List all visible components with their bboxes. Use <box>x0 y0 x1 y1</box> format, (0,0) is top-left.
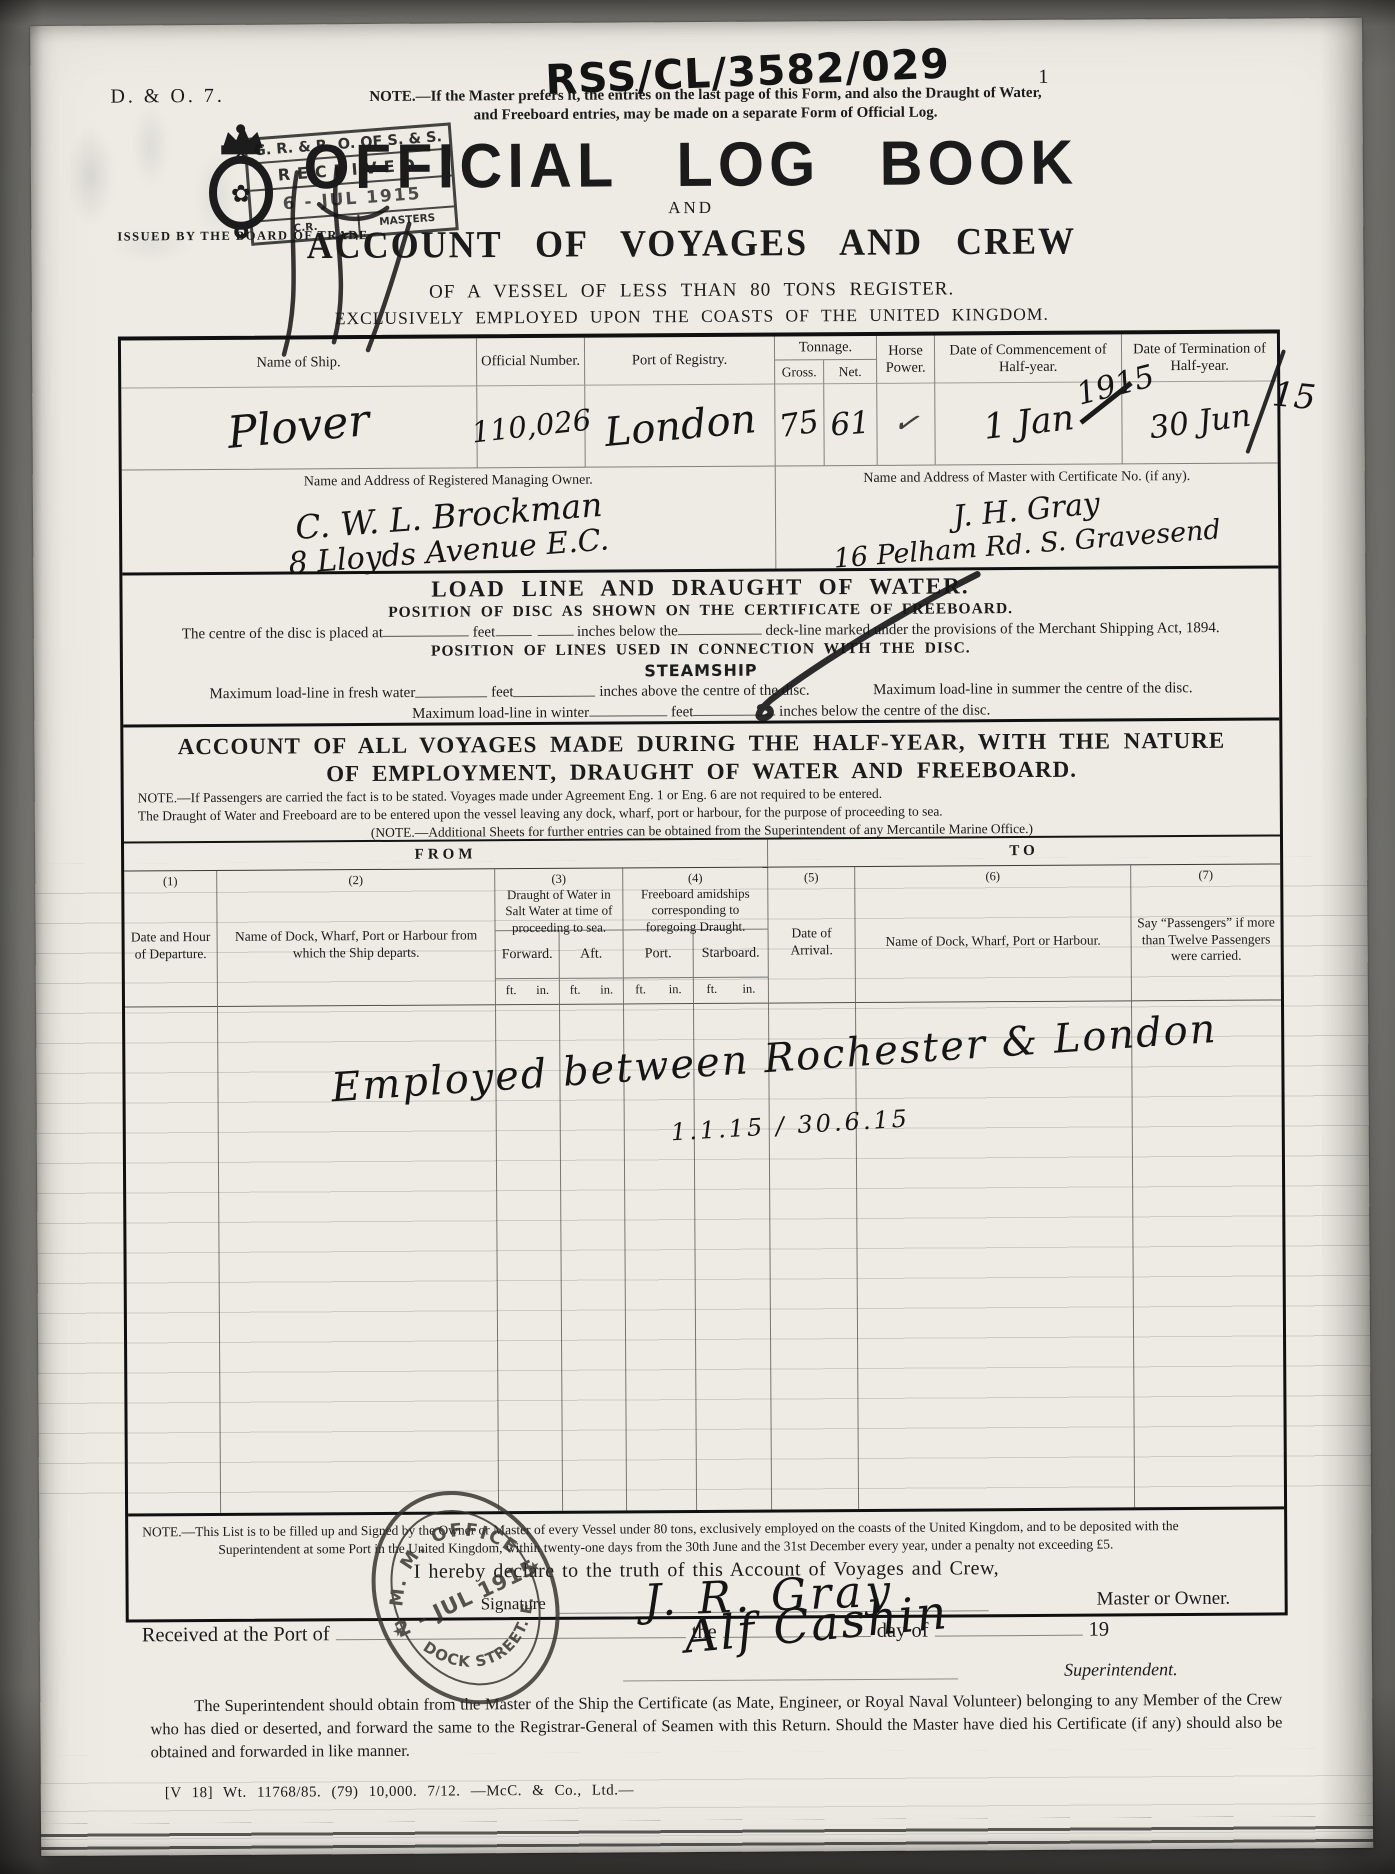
superintendent-label: Superintendent. <box>1064 1659 1178 1681</box>
col-departure-date: (1)Date and Hour of Departure. <box>124 871 218 1008</box>
header-tonnage-gross: Gross. <box>775 360 824 384</box>
value-ship-name: Plover <box>121 386 477 470</box>
printer-imprint: [V 18] Wt. 11768/85. (79) 10,000. 7/12. … <box>165 1782 634 1802</box>
col-freeboard-group: (4)Freeboard amidships corresponding to … <box>623 868 768 931</box>
subcol-aft: Aft. <box>560 930 624 978</box>
col-arrival-place: (6)Name of Dock, Wharf, Port or Harbour. <box>855 865 1132 1003</box>
value-termination-year: 15 <box>1270 375 1317 418</box>
voyages-notes: NOTE.—If Passengers are carried the fact… <box>124 782 1280 841</box>
voyages-table: FROM TO (1)Date and Hour of Departure. (… <box>124 834 1284 1513</box>
col-draught-group: (3)Draught of Water in Salt Water at tim… <box>495 868 623 931</box>
ftin-starboard: ft.in. <box>694 978 769 1004</box>
header-tonnage: Tonnage. <box>775 336 877 361</box>
scanned-log-book-page: RSS/CL/3582/029 1 D. & O. 7. NOTE.—If th… <box>0 0 1395 1874</box>
ftin-forward: ft.in. <box>496 979 560 1005</box>
body-cell <box>1132 1000 1284 1507</box>
form-main-box: Name of Ship. Official Number. Port of R… <box>118 329 1288 1622</box>
value-termination-date: 30 Jun 15 <box>1122 381 1277 464</box>
header-horse-power: Horse Power. <box>877 336 935 384</box>
header-name-of-ship: Name of Ship. <box>121 338 477 388</box>
from-header: FROM <box>124 840 768 872</box>
body-cell <box>125 1007 221 1514</box>
subcol-starboard: Starboard. <box>694 930 769 978</box>
value-horse-power-mark: ✓ <box>877 384 935 466</box>
col-departure-place: (2)Name of Dock, Wharf, Port or Harbour … <box>217 869 496 1007</box>
ship-particulars-table: Name of Ship. Official Number. Port of R… <box>121 333 1278 575</box>
col-arrival-date: (5)Date of Arrival. <box>768 867 856 1004</box>
value-port-of-registry: London <box>585 385 775 468</box>
master-preference-note: NOTE.—If the Master prefers it, the entr… <box>360 84 1050 126</box>
ftin-port: ft.in. <box>624 978 694 1004</box>
master-or-owner-label: Master or Owner. <box>1097 1588 1231 1611</box>
load-line-section: LOAD LINE AND DRAUGHT OF WATER. POSITION… <box>122 568 1279 727</box>
declaration-note: NOTE.—This List is to be filled up and S… <box>142 1517 1242 1559</box>
ftin-aft: ft.in. <box>560 978 624 1004</box>
value-official-number: 110,026 <box>477 386 585 469</box>
to-header: TO <box>768 836 1280 867</box>
form-code: D. & O. 7. <box>110 85 225 109</box>
value-net-tonnage: 61 <box>824 384 877 466</box>
title-vessel-line: OF A VESSEL OF LESS THAN 80 TONS REGISTE… <box>282 278 1102 305</box>
title-sub: ACCOUNT OF VOYAGES AND CREW <box>231 218 1151 268</box>
title-main: OFFICIAL LOG BOOK <box>264 126 1117 204</box>
title-conjunction: AND <box>281 196 1101 221</box>
summer-line: Maximum load-line in summer the centre o… <box>873 680 1193 698</box>
header-official-number: Official Number. <box>477 338 585 387</box>
header-managing-owner: Name and Address of Registered Managing … <box>122 467 776 497</box>
value-master-name-address: J. H. Gray 16 Pelham Rd. S. Gravesend <box>776 489 1278 568</box>
subcol-forward: Forward. <box>496 931 560 979</box>
subcol-port: Port. <box>624 930 694 978</box>
header-port-of-registry: Port of Registry. <box>585 337 775 386</box>
voyages-heading: ACCOUNT OF ALL VOYAGES MADE DURING THE H… <box>123 720 1279 789</box>
paper-sheet: RSS/CL/3582/029 1 D. & O. 7. NOTE.—If th… <box>30 18 1373 1856</box>
value-gross-tonnage: 75 <box>775 384 825 466</box>
superintendent-signature-line <box>623 1678 958 1681</box>
declaration-section: NOTE.—This List is to be filled up and S… <box>128 1506 1285 1619</box>
body-cell <box>856 1001 1135 1509</box>
value-commencement-date: 1 Jan 1915 <box>935 382 1122 465</box>
col-passengers: (7)Say “Passengers” if more than Twelve … <box>1131 864 1281 1001</box>
header-master-certificate: Name and Address of Master with Certific… <box>776 463 1278 492</box>
superintendent-advisory: The Superintendent should obtain from th… <box>150 1688 1282 1763</box>
header-tonnage-net: Net. <box>824 360 877 384</box>
title-employed-line: EXCLUSIVELY EMPLOYED UPON THE COASTS OF … <box>232 303 1152 330</box>
value-managing-owner: C. W. L. Brockman 8 Lloyds Avenue E.C. <box>122 493 776 573</box>
